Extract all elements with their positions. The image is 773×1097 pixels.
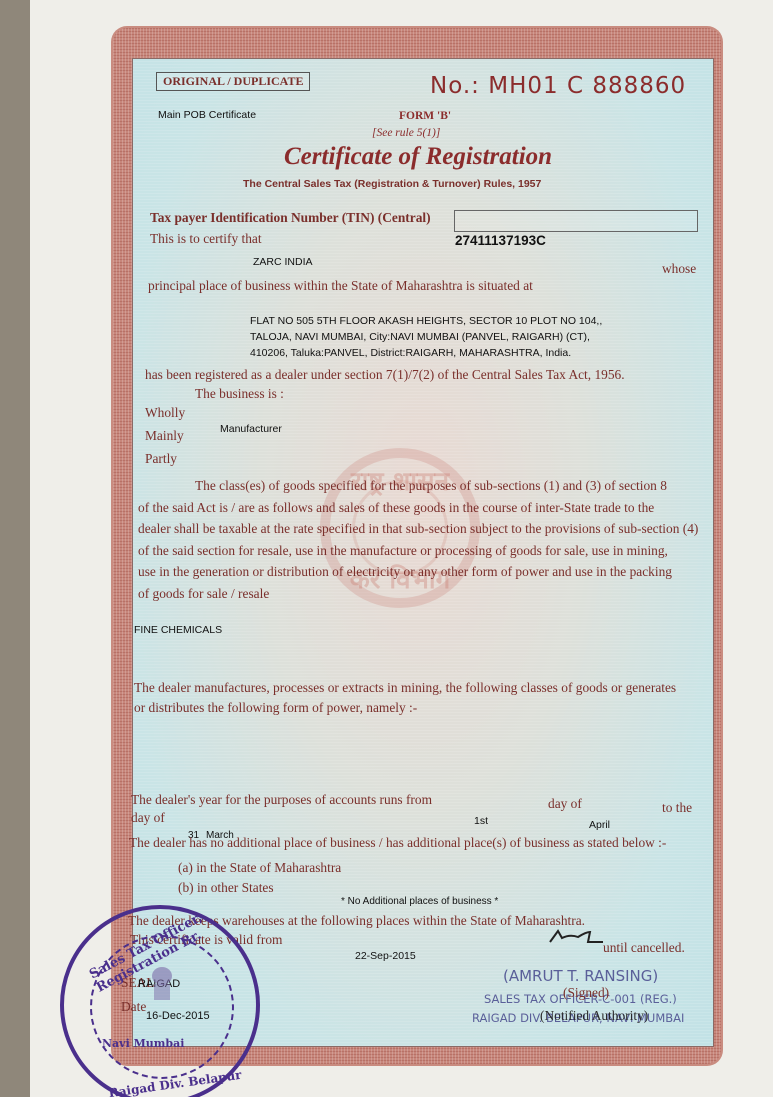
dealer-name: ZARC INDIA <box>253 256 313 268</box>
signature-mark <box>548 928 603 944</box>
tin-label: Tax payer Identification Number (TIN) (C… <box>150 210 431 226</box>
classes-line-1: The class(es) of goods specified for the… <box>138 475 698 497</box>
officer-name: (AMRUT T. RANSING) <box>503 967 658 985</box>
business-option-mainly: Mainly <box>145 428 184 444</box>
tin-value: 27411137193C <box>455 233 546 248</box>
notified-authority-label: (Notified Authority) <box>540 1008 648 1024</box>
goods-class: FINE CHEMICALS <box>134 624 222 636</box>
state-b-line: (b) in other States <box>178 880 274 896</box>
classes-line-2: of the said Act is / are as follows and … <box>138 497 698 519</box>
accounts-day-of-2: day of <box>131 810 165 826</box>
registered-line: has been registered as a dealer under se… <box>145 367 625 383</box>
page-subtitle: The Central Sales Tax (Registration & Tu… <box>243 178 541 190</box>
classes-line-3: dealer shall be taxable at the rate spec… <box>138 518 698 540</box>
classes-line-4: of the said section for resale, use in t… <box>138 540 698 562</box>
place-line: principal place of business within the S… <box>148 278 533 294</box>
business-option-wholly: Wholly <box>145 405 185 421</box>
whose-text: whose <box>662 261 696 277</box>
accounts-day-of: day of <box>548 796 582 812</box>
form-label: FORM 'B' <box>399 110 451 122</box>
business-option-partly: Partly <box>145 451 177 467</box>
address-line-1: FLAT NO 505 5TH FLOOR AKASH HEIGHTS, SEC… <box>250 313 602 329</box>
manufactures-line-1: The dealer manufactures, processes or ex… <box>134 678 676 698</box>
manufactures-paragraph: The dealer manufactures, processes or ex… <box>134 678 676 718</box>
rule-label: [See rule 5(1)] <box>372 127 440 139</box>
page-title: Certificate of Registration <box>284 143 552 171</box>
original-duplicate-label: ORIGINAL / DUPLICATE <box>156 72 310 91</box>
accounts-from-day: 1st <box>474 815 488 827</box>
accounts-year-line: The dealer's year for the purposes of ac… <box>131 792 432 808</box>
tin-box <box>454 210 698 232</box>
signed-label: (Signed) <box>563 985 609 1001</box>
state-a-line: (a) in the State of Maharashtra <box>178 860 341 876</box>
additional-place-line: The dealer has no additional place of bu… <box>129 835 666 851</box>
business-type: Manufacturer <box>220 423 282 435</box>
emblem-icon <box>149 964 175 1004</box>
certificate-type: Main POB Certificate <box>158 109 256 121</box>
business-is-label: The business is : <box>195 386 284 402</box>
address-line-2: TALOJA, NAVI MUMBAI, City:NAVI MUMBAI (P… <box>250 329 602 345</box>
accounts-from-month: April <box>589 819 610 831</box>
classes-paragraph: The class(es) of goods specified for the… <box>138 475 698 604</box>
valid-from-date: 22-Sep-2015 <box>355 950 416 962</box>
manufactures-line-2: or distributes the following form of pow… <box>134 698 676 718</box>
certificate-number: No.: MH01 C 888860 <box>430 73 686 99</box>
address-block: FLAT NO 505 5TH FLOOR AKASH HEIGHTS, SEC… <box>250 313 602 361</box>
certify-intro: This is to certify that <box>150 231 262 247</box>
classes-line-6: of goods for sale / resale <box>138 583 698 605</box>
accounts-to-the: to the <box>662 800 692 816</box>
round-office-stamp: Sales Tax Officer, Registration Br. Navi… <box>60 905 260 1097</box>
background-surface <box>0 0 30 1097</box>
no-additional-places: * No Additional places of business * <box>341 896 498 907</box>
stamp-middle-text: Navi Mumbai <box>102 1037 184 1050</box>
address-line-3: 410206, Taluka:PANVEL, District:RAIGARH,… <box>250 345 602 361</box>
classes-line-5: use in the generation or distribution of… <box>138 561 698 583</box>
until-cancelled: until cancelled. <box>603 940 685 956</box>
